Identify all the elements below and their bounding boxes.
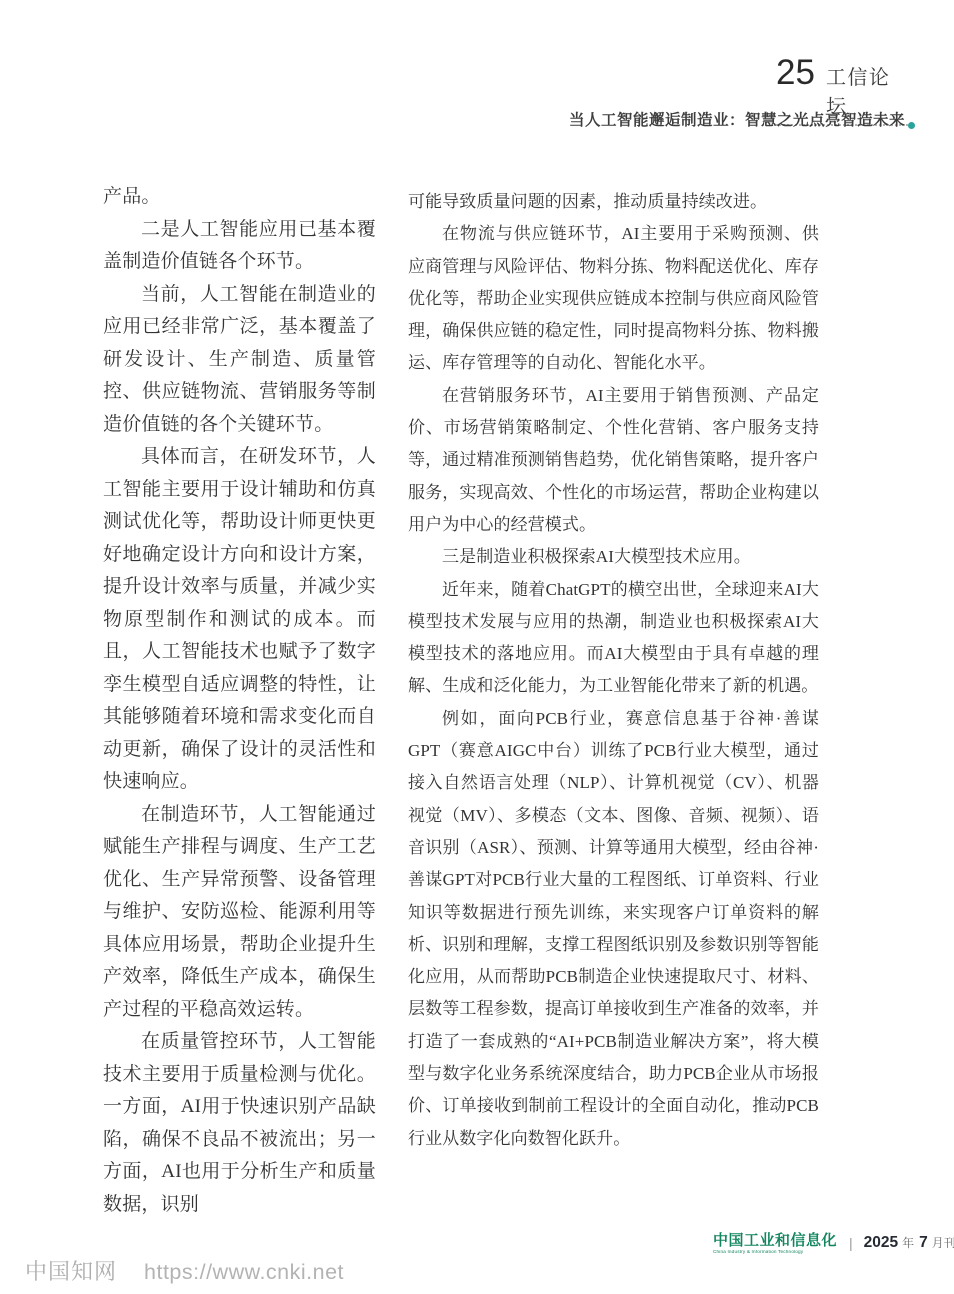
journal-brand: 中国工业和信息化 China Industry & Information Te…	[713, 1233, 837, 1257]
journal-footer: 中国工业和信息化 China Industry & Information Te…	[713, 1233, 954, 1257]
issue-year: 2025	[864, 1234, 898, 1252]
paragraph: 例如，面向PCB行业，赛意信息基于谷神·善谋GPT（赛意AIGC中台）训练了PC…	[408, 703, 819, 1155]
right-column: 可能导致质量问题的因素，推动质量持续改进。在物流与供应链环节，AI主要用于采购预…	[408, 186, 819, 1155]
watermark-site-name: 中国知网	[25, 1255, 117, 1286]
watermark-url: https://www.cnki.net	[144, 1260, 344, 1285]
article-title: 当人工智能邂逅制造业：智慧之光点亮智造未来	[569, 108, 905, 130]
issue-month-suffix: 月刊	[932, 1234, 954, 1251]
paragraph: 在营销服务环节，AI主要用于销售预测、产品定价、市场营销策略制定、个性化营销、客…	[408, 380, 819, 541]
paragraph: 在物流与供应链环节，AI主要用于采购预测、供应商管理与风险评估、物料分拣、物料配…	[408, 218, 819, 379]
paragraph: 在制造环节，人工智能通过赋能生产排程与调度、生产工艺优化、生产异常预警、设备管理…	[103, 799, 376, 1027]
paragraph: 产品。	[103, 181, 376, 214]
issue-info: 2025 年 7 月刊	[864, 1234, 954, 1252]
issue-year-suffix: 年	[902, 1234, 914, 1251]
paragraph: 二是人工智能应用已基本覆盖制造价值链各个环节。	[103, 214, 376, 279]
issue-month: 7	[919, 1234, 928, 1252]
paragraph: 近年来，随着ChatGPT的横空出世，全球迎来AI大模型技术发展与应用的热潮，制…	[408, 574, 819, 703]
left-column: 产品。二是人工智能应用已基本覆盖制造价值链各个环节。当前，人工智能在制造业的应用…	[103, 181, 376, 1221]
teal-dot-icon	[908, 122, 915, 129]
paragraph: 三是制造业积极探索AI大模型技术应用。	[408, 541, 819, 573]
page-number: 25	[776, 56, 815, 90]
paragraph: 可能导致质量问题的因素，推动质量持续改进。	[408, 186, 819, 218]
paragraph: 当前，人工智能在制造业的应用已经非常广泛，基本覆盖了研发设计、生产制造、质量管控…	[103, 279, 376, 442]
paragraph: 在质量管控环节，人工智能技术主要用于质量检测与优化。一方面，AI用于快速识别产品…	[103, 1026, 376, 1221]
footer-separator: |	[849, 1235, 853, 1251]
journal-name-cn: 中国工业和信息化	[713, 1233, 837, 1249]
cnki-watermark: 中国知网 https://www.cnki.net	[25, 1255, 344, 1286]
paragraph: 具体而言，在研发环节，人工智能主要用于设计辅助和仿真测试优化等，帮助设计师更快更…	[103, 441, 376, 799]
journal-name-en: China Industry & Information Technology	[713, 1250, 803, 1255]
